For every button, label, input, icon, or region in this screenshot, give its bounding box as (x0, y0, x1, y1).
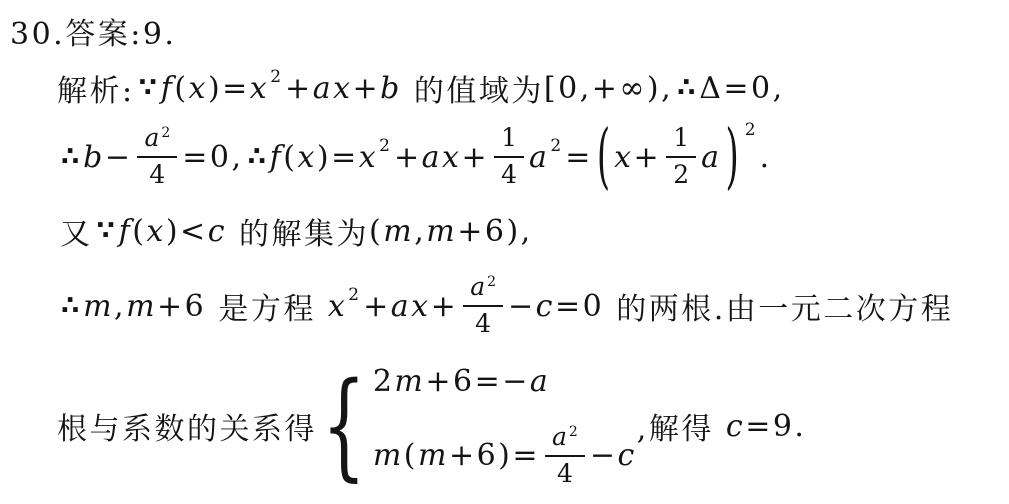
math-expr: m,m+6 (83, 289, 206, 324)
fraction-denominator: 4 (557, 457, 573, 489)
math-solution-page: 30.答案:9. 解析:∵f(x)=x2+ax+b 的值域为[0,+∞),∴Δ=… (0, 0, 1009, 504)
math-expr: f(x)=x (270, 140, 379, 175)
analysis-line-4: ∴m,m+6 是方程 x2+ax+a24−c=0 的两根.由一元二次方程 (57, 260, 953, 352)
cn-text: 根与系数的关系得 (57, 404, 317, 448)
cn-text: 是方程 (206, 284, 328, 328)
superscript: 2 (348, 285, 359, 305)
math-expr: x (328, 289, 347, 324)
numerator-exponent: 2 (487, 274, 496, 290)
cases-rows: 2m+6=−am(m+6)=a24−c (373, 364, 637, 489)
because-symbol: ∵ (97, 216, 115, 246)
cn-text: , (521, 214, 533, 249)
math-expr: −c (590, 438, 637, 473)
big-paren-open: ( (597, 115, 610, 199)
fraction-denominator: 4 (501, 158, 517, 190)
superscript: 2 (379, 136, 390, 156)
cases-brace: { (322, 358, 366, 495)
superscript: 2 (270, 67, 281, 87)
cn-text: , (773, 71, 785, 106)
case-equation-2: m(m+6)=a24−c (373, 423, 637, 489)
fraction: 12 (666, 124, 696, 190)
cn-text: ,解得 (637, 404, 726, 448)
therefore-symbol: ∴ (61, 142, 79, 172)
math-expr: a (529, 140, 549, 175)
math-expr: = (565, 140, 593, 175)
analysis-line-1: 解析:∵f(x)=x2+ax+b 的值域为[0,+∞),∴Δ=0, (57, 62, 785, 114)
therefore-symbol: ∴ (677, 73, 695, 103)
superscript: 2 (550, 136, 561, 156)
math-expr: a (701, 140, 721, 175)
math-expr: +ax+ (394, 140, 489, 175)
fraction: 14 (494, 124, 524, 190)
math-expr: +ax+b (285, 71, 402, 106)
fraction-numerator: 1 (494, 124, 524, 158)
analysis-line-2: ∴b−a24=0,∴f(x)=x2+ax+14a2=(x+12a)2. (57, 113, 772, 201)
fraction-denominator: 4 (149, 158, 165, 190)
therefore-symbol: ∴ (248, 142, 266, 172)
superscript: 2 (745, 120, 756, 140)
fraction: a24 (545, 423, 585, 489)
cn-text: 的值域为 (402, 66, 544, 110)
math-expr: b− (83, 140, 132, 175)
answer-line: 30.答案:9. (10, 10, 176, 52)
cn-text: , (232, 140, 244, 175)
fraction: a24 (137, 124, 177, 190)
fraction-numerator: a2 (545, 423, 585, 457)
cn-text: 又 (60, 209, 93, 253)
because-symbol: ∵ (139, 73, 157, 103)
cn-text: . (760, 140, 772, 175)
big-paren-close: ) (725, 115, 738, 199)
math-expr: c=9. (726, 409, 807, 444)
cn-text: , (661, 71, 673, 106)
fraction-denominator: 2 (673, 158, 689, 190)
fraction: a24 (463, 273, 503, 339)
math-expr: Δ=0 (699, 71, 772, 106)
fraction-numerator: a2 (463, 273, 503, 307)
cases-system: {2m+6=−am(m+6)=a24−c (317, 358, 637, 495)
fraction-denominator: 4 (475, 307, 491, 339)
math-expr: −c=0 (508, 289, 604, 324)
cn-text: 解析: (57, 66, 135, 110)
therefore-symbol: ∴ (61, 291, 79, 321)
fraction-numerator: 1 (666, 124, 696, 158)
math-expr: (m,m+6) (369, 214, 521, 249)
math-expr: f(x)=x (161, 71, 270, 106)
math-expr: x+ (614, 140, 661, 175)
cn-text: 30.答案:9. (10, 9, 176, 53)
fraction-numerator: a2 (137, 124, 177, 158)
cn-text: 的两根.由一元二次方程 (604, 284, 953, 328)
math-expr: f(x)<c (119, 214, 227, 249)
analysis-line-3: 又∵f(x)<c 的解集为(m,m+6), (60, 204, 533, 258)
math-expr: 2m+6=−a (373, 364, 550, 399)
math-expr: =0 (182, 140, 231, 175)
case-equation-1: 2m+6=−a (373, 364, 550, 399)
analysis-line-5: 根与系数的关系得{2m+6=−am(m+6)=a24−c,解得 c=9. (57, 352, 806, 500)
math-expr: m(m+6)= (373, 438, 540, 473)
math-expr: +ax+ (363, 289, 458, 324)
numerator-exponent: 2 (161, 125, 170, 141)
numerator-exponent: 2 (569, 424, 578, 440)
cn-text: 的解集为 (227, 209, 369, 253)
math-expr: [0,+∞) (544, 71, 661, 106)
